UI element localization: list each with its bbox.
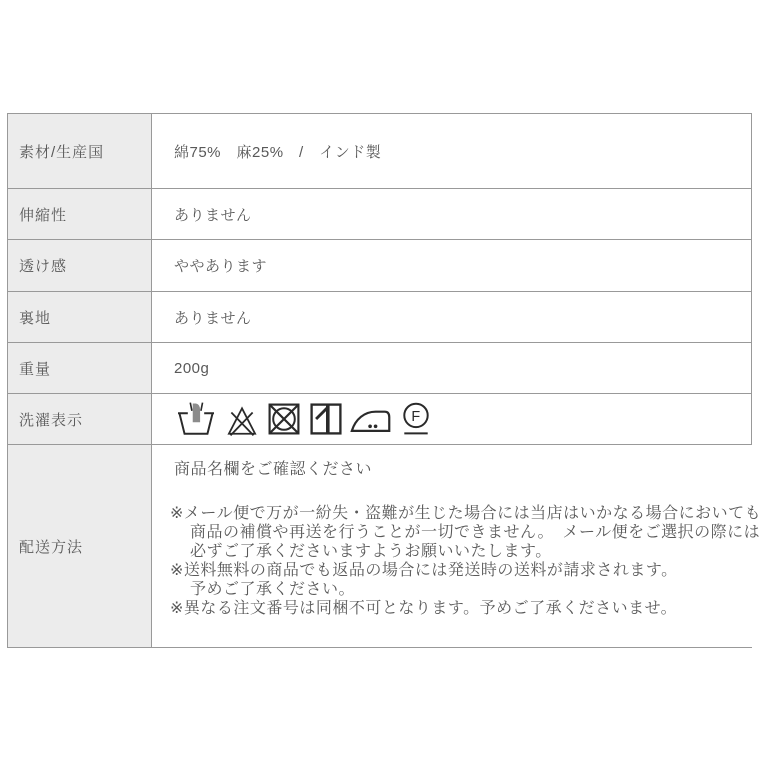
- dry-clean-letter: F: [411, 409, 420, 425]
- shipping-notes: ※メール便で万が一紛失・盗難が生じた場合には当店はいかなる場合においても 商品の…: [170, 504, 760, 618]
- product-spec-table: 素材/生産国 綿75% 麻25% / インド製 伸縮性 ありません 透け感 やや…: [7, 113, 752, 648]
- stretch-value: ありません: [152, 189, 751, 239]
- shipping-label: 配送方法: [8, 445, 152, 647]
- hand-wash-icon: [174, 401, 218, 437]
- do-not-tumble-dry-icon: [266, 401, 302, 437]
- table-row-lining: 裏地 ありません: [8, 292, 751, 343]
- care-label: 洗濯表示: [8, 394, 152, 444]
- table-row-shipping: 配送方法 商品名欄をご確認ください ※メール便で万が一紛失・盗難が生じた場合には…: [8, 445, 751, 647]
- care-icon-strip: F: [174, 400, 434, 438]
- table-row-care: 洗濯表示: [8, 394, 751, 445]
- weight-value: 200g: [152, 343, 751, 393]
- shipping-heading: 商品名欄をご確認ください: [174, 460, 760, 479]
- shipping-note: ※送料無料の商品でも返品の場合には発送時の送料が請求されます。: [170, 561, 760, 580]
- sheerness-value: ややあります: [152, 240, 751, 291]
- hang-dry-in-shade-icon: [308, 401, 344, 437]
- table-row-sheerness: 透け感 ややあります: [8, 240, 751, 292]
- do-not-bleach-icon: [224, 401, 260, 437]
- shipping-content: 商品名欄をご確認ください ※メール便で万が一紛失・盗難が生じた場合には当店はいか…: [152, 445, 760, 647]
- table-row-weight: 重量 200g: [8, 343, 751, 394]
- sheerness-label: 透け感: [8, 240, 152, 291]
- shipping-note: ※メール便で万が一紛失・盗難が生じた場合には当店はいかなる場合においても: [170, 504, 760, 523]
- shipping-note: ※異なる注文番号は同梱不可となります。予めご了承くださいませ。: [170, 599, 760, 618]
- product-spec-page: 素材/生産国 綿75% 麻25% / インド製 伸縮性 ありません 透け感 やや…: [0, 0, 760, 760]
- material-value: 綿75% 麻25% / インド製: [152, 114, 751, 188]
- iron-two-dots-icon: [350, 402, 392, 436]
- lining-value: ありません: [152, 292, 751, 342]
- shipping-note: 予めご了承ください。: [170, 580, 760, 599]
- care-symbols-cell: F: [152, 394, 751, 444]
- shipping-note: 必ずご了承くださいますようお願いいたします。: [170, 542, 760, 561]
- stretch-label: 伸縮性: [8, 189, 152, 239]
- lining-label: 裏地: [8, 292, 152, 342]
- table-row-material: 素材/生産国 綿75% 麻25% / インド製: [8, 114, 751, 189]
- weight-label: 重量: [8, 343, 152, 393]
- shipping-note: 商品の補償や再送を行うことが一切できません。 メール便をご選択の際には: [170, 523, 760, 542]
- material-label: 素材/生産国: [8, 114, 152, 188]
- dry-clean-f-circle-icon: F: [398, 400, 434, 438]
- table-row-stretch: 伸縮性 ありません: [8, 189, 751, 240]
